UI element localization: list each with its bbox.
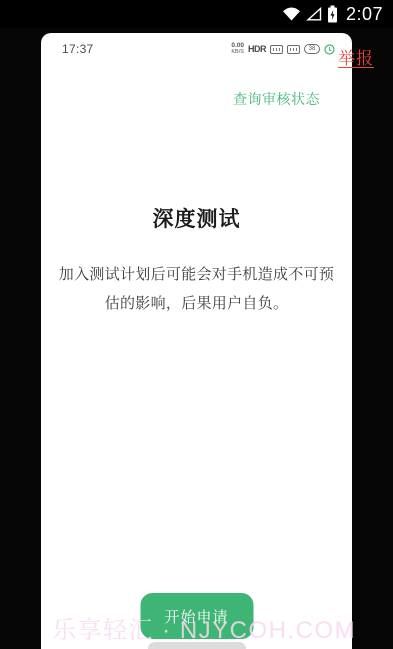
network-speed-unit: KB/S — [231, 50, 244, 56]
battery-percent-pill: 38 — [304, 44, 320, 54]
check-review-status-link[interactable]: 查询审核状态 — [233, 89, 320, 109]
sim1-signal-icon — [270, 45, 283, 54]
outer-status-bar: 2:07 — [0, 0, 393, 28]
hdr-indicator: HDR — [248, 44, 266, 54]
wifi-icon — [282, 7, 301, 21]
start-apply-button[interactable]: 开始申请 — [140, 593, 253, 639]
inner-status-icons: 0.00 KB/S HDR 38 — [231, 43, 335, 55]
sim2-signal-icon — [287, 45, 300, 54]
inner-status-time: 17:37 — [62, 42, 94, 56]
inner-status-bar: 17:37 0.00 KB/S HDR 38 — [41, 39, 352, 59]
app-screen: 17:37 0.00 KB/S HDR 38 查询审核状态 深度测试 加入测试计… — [41, 33, 352, 649]
outer-status-time: 2:07 — [346, 4, 383, 25]
page-title: 深度测试 — [41, 203, 352, 233]
cellular-signal-empty-icon — [306, 7, 322, 21]
network-speed-indicator: 0.00 KB/S — [231, 43, 244, 55]
battery-charging-icon — [327, 5, 338, 23]
report-link[interactable]: 举报 — [338, 44, 374, 69]
clock-icon — [324, 44, 335, 55]
home-indicator-bar[interactable] — [148, 642, 246, 649]
warning-description: 加入测试计划后可能会对手机造成不可预估的影响，后果用户自负。 — [57, 260, 337, 318]
